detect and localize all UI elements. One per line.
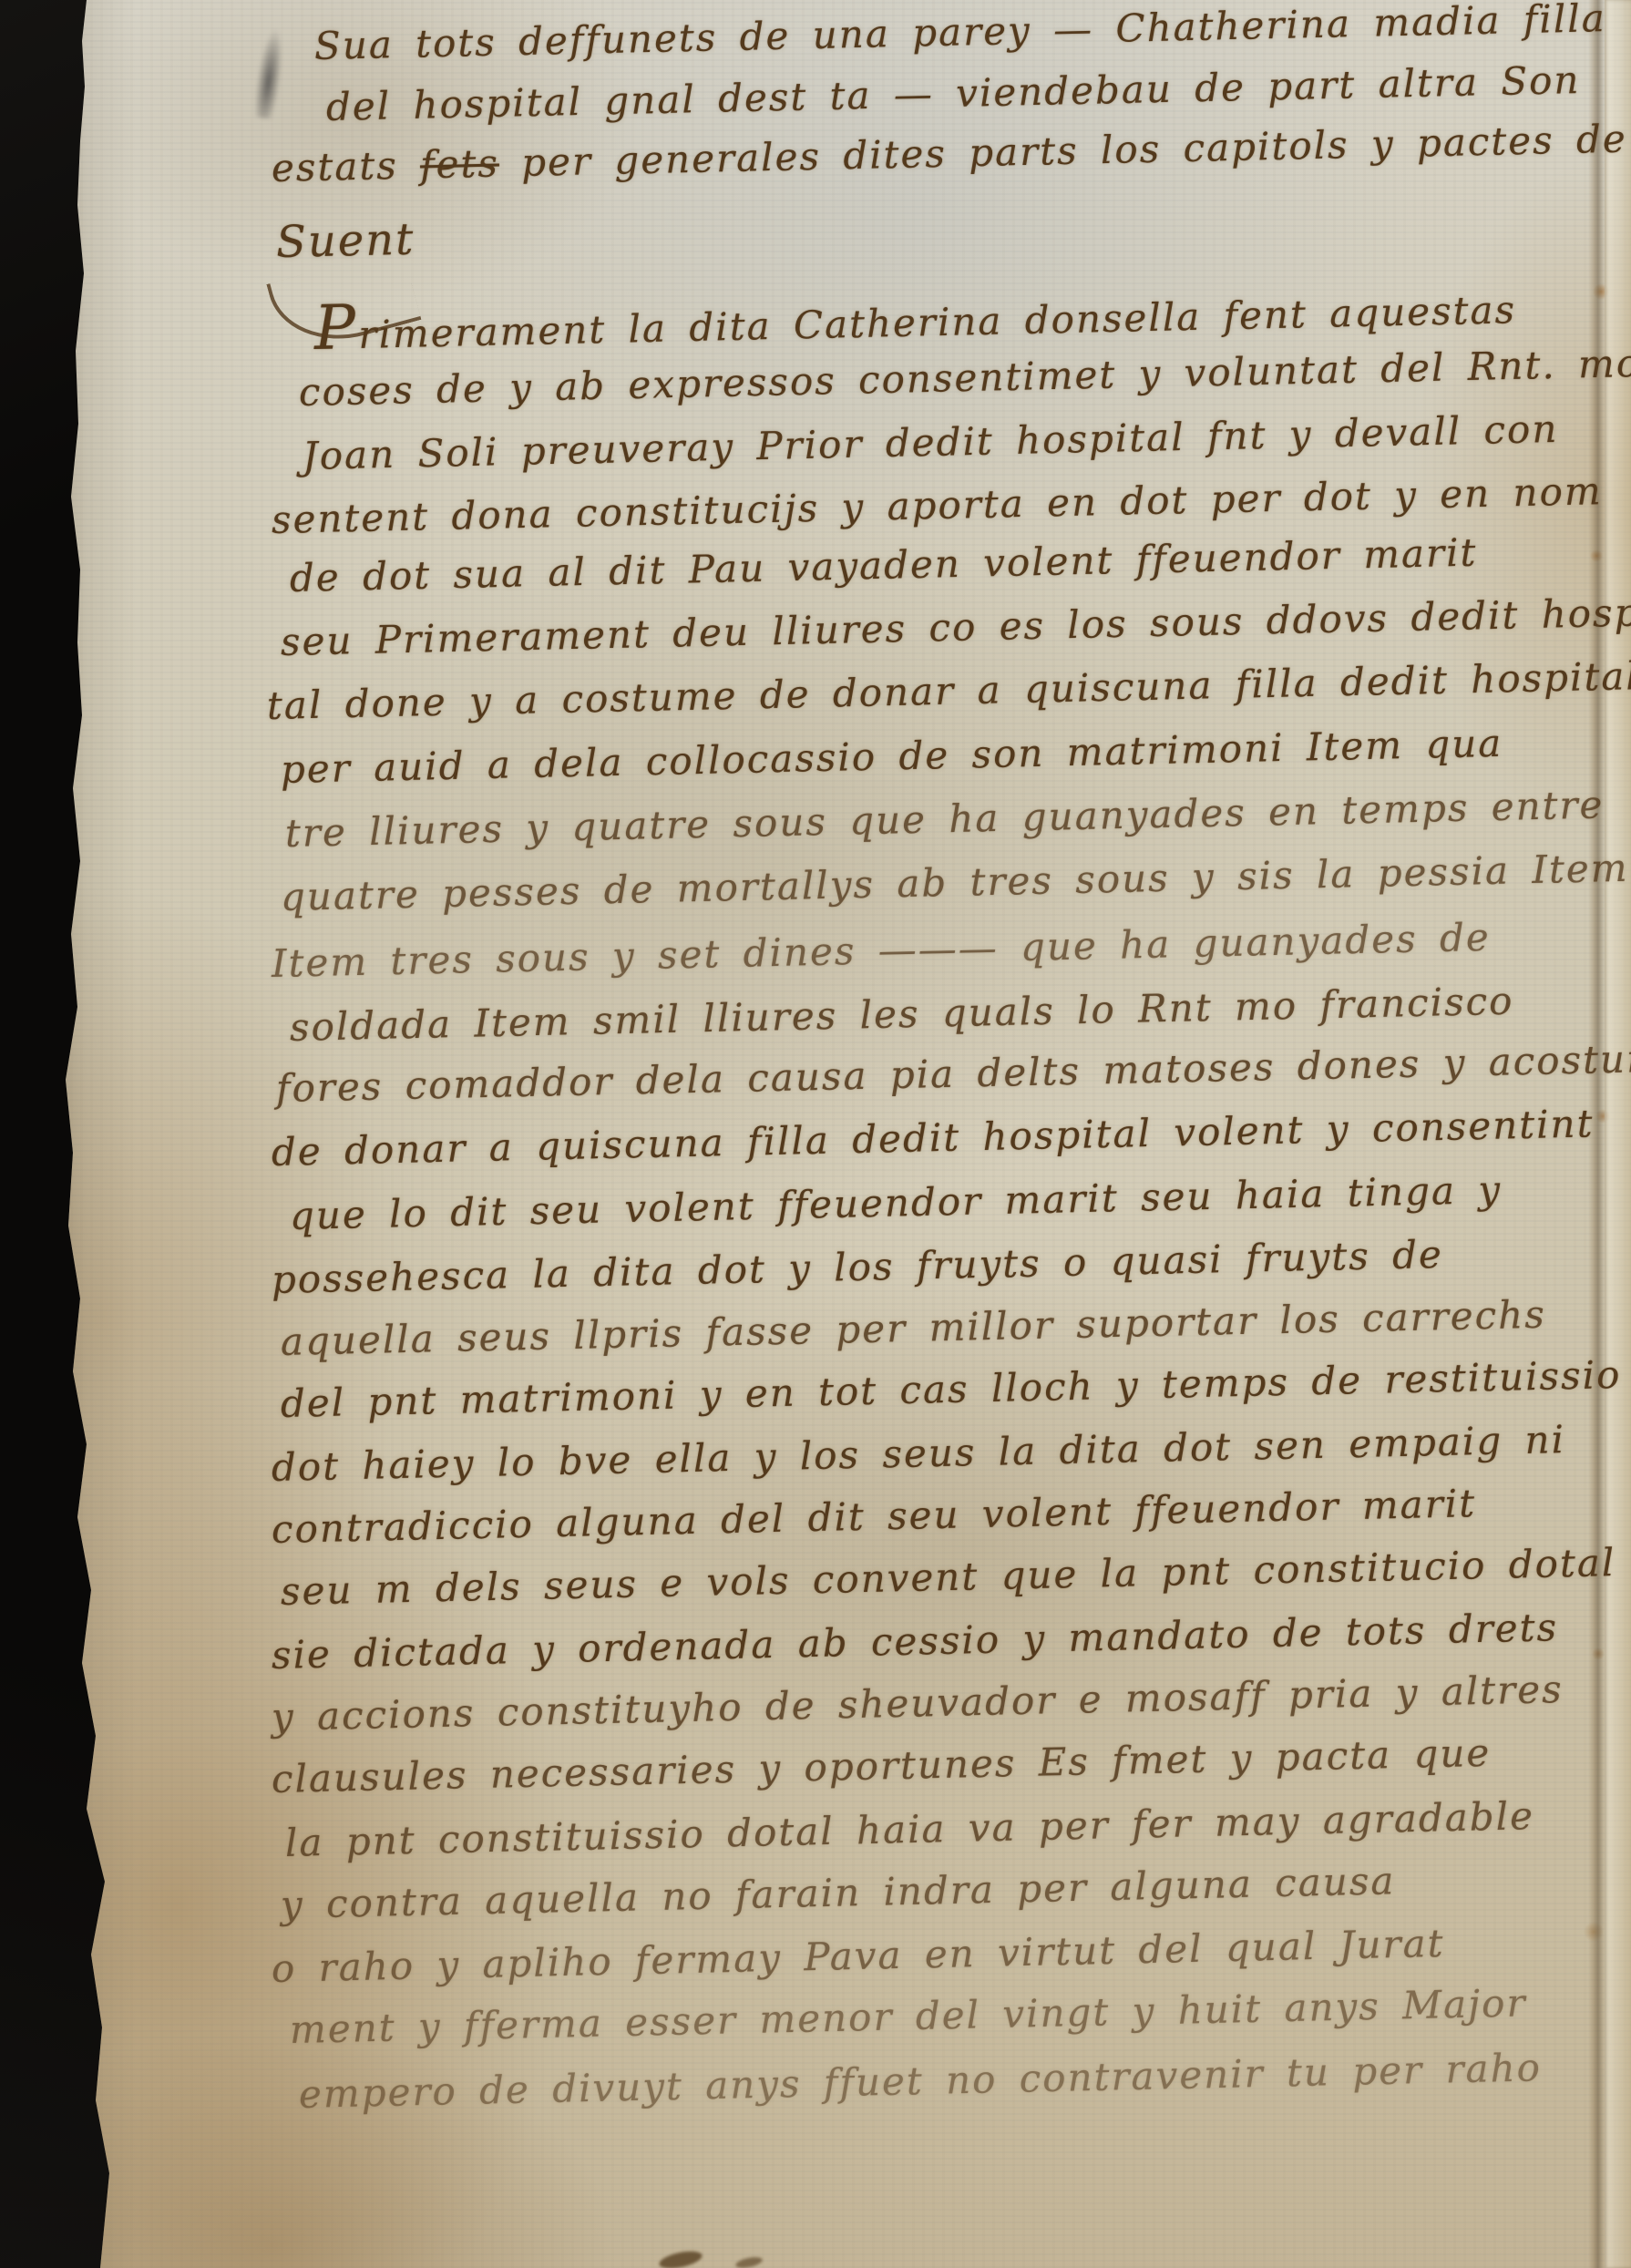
manuscript-line: del hospital gnal dest ta — viendebau de… (325, 59, 1580, 128)
manuscript-line: contradiccio alguna del dit seu volent f… (271, 1483, 1476, 1551)
manuscript-line: Item tres sous y set dines ——— que ha gu… (271, 917, 1491, 985)
manuscript-line: sie dictada y ordenada ab cessio y manda… (271, 1606, 1558, 1677)
manuscript-line: empero de divuyt anys ffuet no contraven… (298, 2047, 1542, 2116)
manuscript-line: de donar a quiscuna filla dedit hospital… (271, 1103, 1594, 1174)
manuscript-line: del pnt matrimoni y en tot cas lloch y t… (280, 1352, 1631, 1425)
manuscript-line: soldada Item smil lliures les quals lo R… (289, 980, 1513, 1049)
manuscript-line: de dot sua al dit Pau vayaden volent ffe… (289, 532, 1477, 600)
manuscript-line: seu Primerament deu lliures co es los so… (280, 591, 1631, 663)
manuscript-line: seu m dels seus e vols convent que la pn… (280, 1542, 1616, 1613)
manuscript-line: Primerament la dita Catherina donsella f… (313, 279, 1516, 357)
manuscript-line: aquella seus llpris fasse per millor sup… (280, 1294, 1546, 1363)
manuscript-line: que lo dit seu volent ffeuendor marit se… (289, 1169, 1502, 1237)
manuscript-line: Joan Soli preuveray Prior dedit hospital… (302, 408, 1558, 477)
manuscript-line: clausules necessaries y oportunes Es fme… (271, 1732, 1491, 1801)
manuscript-line: tal done y a costume de donar a quiscuna… (266, 655, 1631, 727)
manuscript-line: per auid a dela collocassio de son matri… (280, 723, 1503, 791)
manuscript-line: tre lliures y quatre sous que ha guanyad… (284, 784, 1604, 855)
manuscript-line: fores comaddor dela causa pia delts mato… (275, 1037, 1631, 1110)
manuscript-line: la pnt constituissio dotal haia va per f… (284, 1795, 1534, 1864)
manuscript-line: dot haiey lo bve ella y los seus la dita… (271, 1419, 1565, 1489)
manuscript-line: quatre pesses de mortallys ab tres sous … (280, 847, 1628, 918)
text-block: Sua tots deffunets de una parey — Chathe… (0, 0, 1631, 2268)
photo-background: Sua tots deffunets de una parey — Chathe… (0, 0, 1631, 2268)
manuscript-line: ment y fferma esser menor del vingt y hu… (289, 1982, 1526, 2051)
manuscript-line: o raho y apliho fermay Pava en virtut de… (271, 1923, 1444, 1990)
manuscript-line: y contra aquella no farain indra per alg… (280, 1860, 1395, 1926)
manuscript-line: Sua tots deffunets de una parey — Chathe… (313, 0, 1606, 67)
manuscript-line: estats fets per generales dites parts lo… (271, 118, 1627, 190)
manuscript-line: Suent (275, 216, 415, 267)
manuscript-line: possehesca la dita dot y los fruyts o qu… (271, 1234, 1443, 1301)
manuscript-line: y accions constituyho de sheuvador e mos… (271, 1668, 1564, 1739)
